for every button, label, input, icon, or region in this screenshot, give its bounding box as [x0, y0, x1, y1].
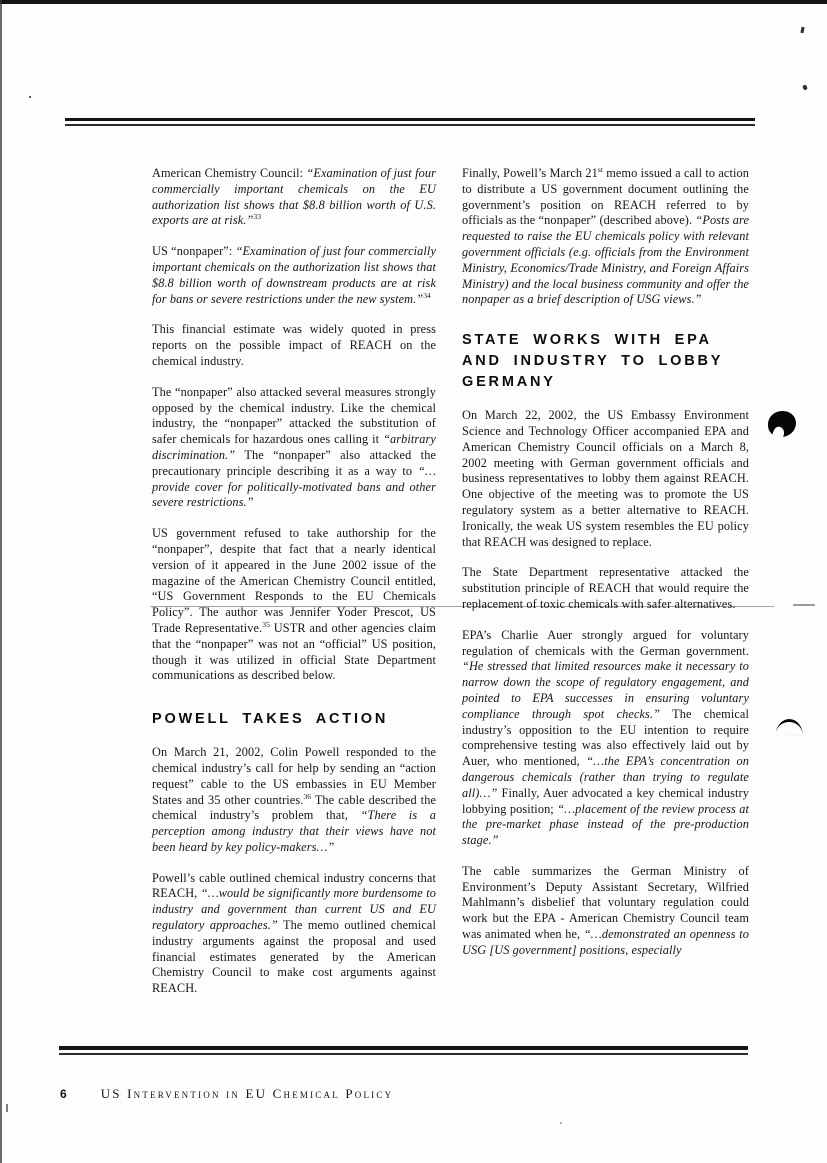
right-column: Finally, Powell’s March 21st memo issued… [462, 166, 749, 974]
document-page: { "document": { "footer": { "page_number… [0, 0, 827, 1163]
footnote-ref: 34 [423, 290, 431, 299]
body-paragraph: Finally, Powell’s March 21st memo issued… [462, 166, 749, 308]
body-text: US “nonpaper”: [152, 244, 236, 258]
body-text: The State Department representative atta… [462, 565, 749, 611]
scan-speck [800, 27, 804, 33]
body-paragraph: On March 21, 2002, Colin Powell responde… [152, 745, 436, 856]
body-paragraph: On March 22, 2002, the US Embassy Enviro… [462, 408, 749, 550]
ink-blob-mark [768, 411, 796, 437]
page-footer: 6 US Intervention in EU Chemical Policy [60, 1085, 760, 1103]
body-text: American Chemistry Council: [152, 166, 306, 180]
powell-takes-action-heading: POWELL TAKES ACTION [152, 709, 436, 730]
scan-left-edge-line [0, 0, 2, 1163]
body-text: Finally, Powell’s March 21 [462, 166, 598, 180]
scan-speck [29, 96, 31, 98]
header-rule-bottom [65, 124, 755, 126]
footnote-ref: 35 [262, 620, 270, 629]
footnote-ref: 36 [303, 791, 311, 800]
ink-blob-notch [771, 425, 787, 442]
footer-title: US Intervention in EU Chemical Policy [101, 1086, 394, 1102]
body-text: US government refused to take authorship… [152, 526, 436, 635]
state-works-heading: STATE WORKS WITH EPA AND INDUSTRY TO LOB… [462, 330, 749, 393]
body-paragraph: The cable summarizes the German Ministry… [462, 864, 749, 959]
body-text: On March 22, 2002, the US Embassy Enviro… [462, 408, 749, 548]
scan-speck [6, 1104, 8, 1112]
page-number: 6 [60, 1087, 67, 1101]
body-paragraph: Powell’s cable outlined chemical industr… [152, 871, 436, 997]
footnote-ref: 33 [253, 212, 261, 221]
body-paragraph: EPA’s Charlie Auer strongly argued for v… [462, 628, 749, 849]
body-paragraph: The “nonpaper” also attacked several mea… [152, 385, 436, 511]
body-text: This financial estimate was widely quote… [152, 322, 436, 368]
body-paragraph: This financial estimate was widely quote… [152, 322, 436, 369]
left-column: American Chemistry Council: “Examination… [152, 166, 436, 1012]
header-rule-top [65, 118, 755, 121]
scan-speck [802, 84, 807, 90]
footer-rule-top [59, 1046, 748, 1050]
body-text: EPA’s Charlie Auer strongly argued for v… [462, 628, 749, 658]
pen-arc-mark [776, 718, 804, 735]
scan-top-edge-line [0, 0, 827, 4]
body-paragraph: US “nonpaper”: “Examination of just four… [152, 244, 436, 307]
footer-rule-bottom [59, 1053, 748, 1055]
body-paragraph: American Chemistry Council: “Examination… [152, 166, 436, 229]
body-paragraph: The State Department representative atta… [462, 565, 749, 612]
body-paragraph: US government refused to take authorship… [152, 526, 436, 684]
scan-speck [560, 1122, 562, 1124]
scan-dash-artifact [793, 604, 815, 606]
